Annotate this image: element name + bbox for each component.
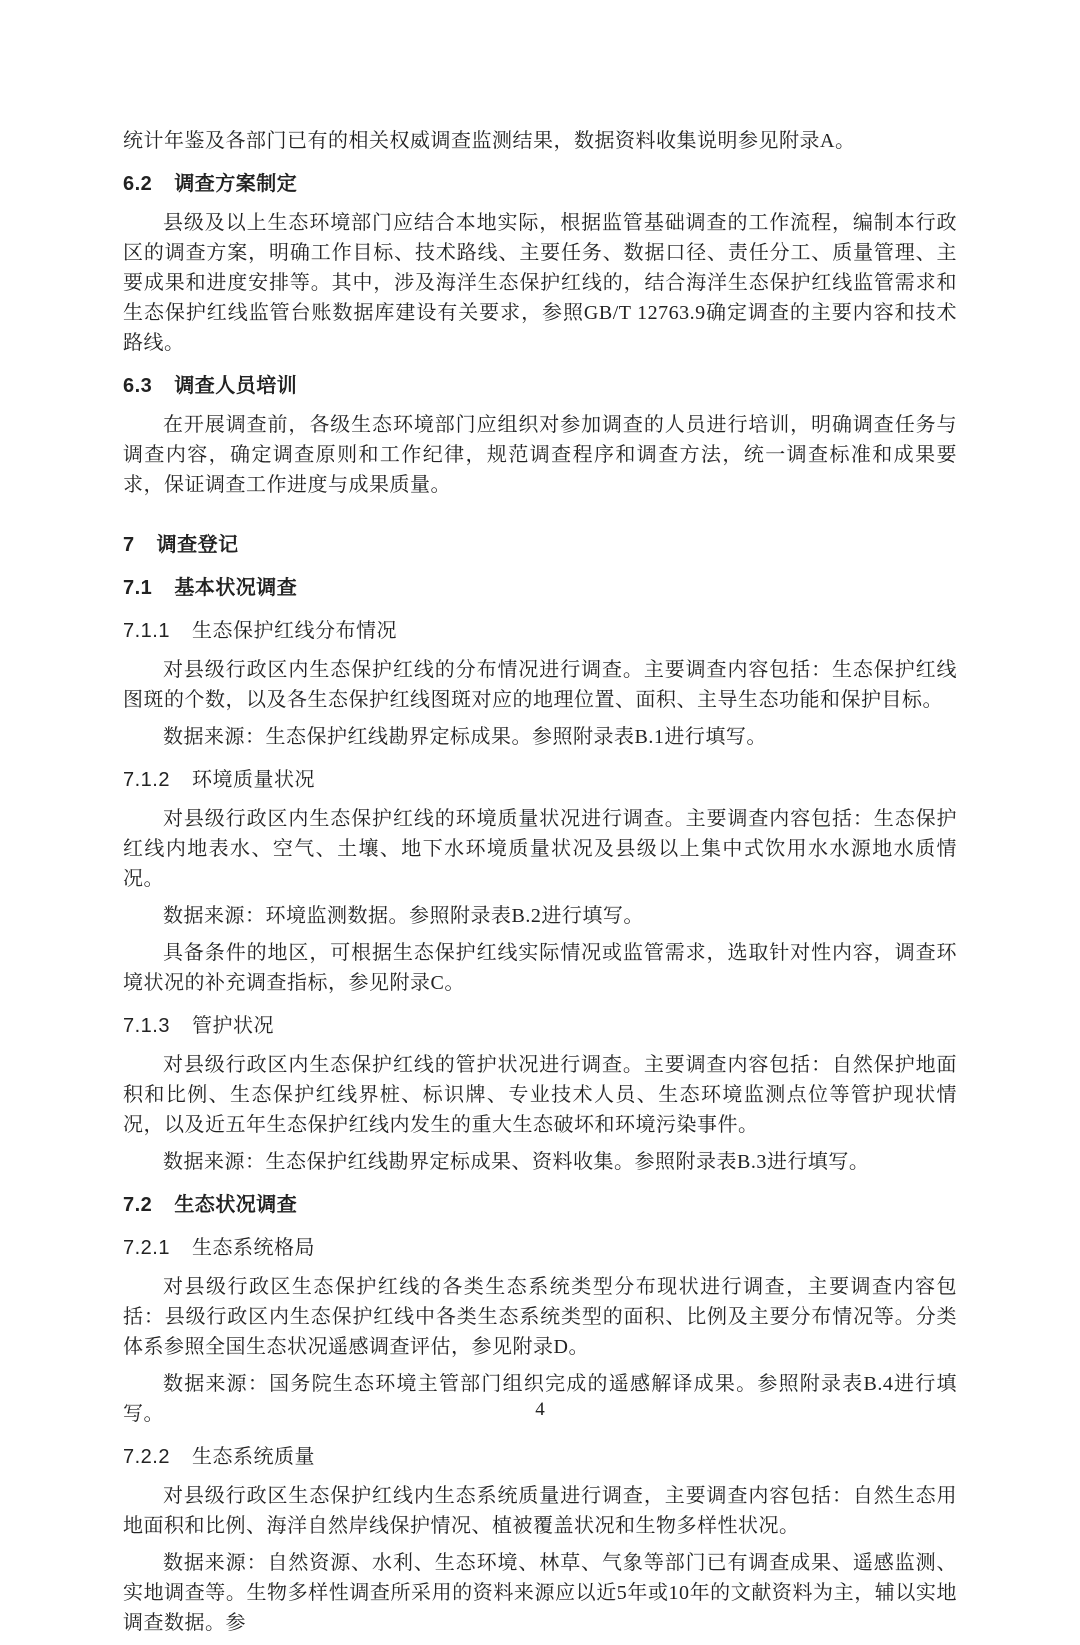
subsection-heading-7-1-1: 7.1.1生态保护红线分布情况 [123,616,957,646]
paragraph: 对县级行政区生态保护红线内生态系统质量进行调查，主要调查内容包括：自然生态用地面… [123,1481,957,1541]
data-source-paragraph: 数据来源：自然资源、水利、生态环境、林草、气象等部门已有调查成果、遥感监测、实地… [123,1548,957,1638]
chapter-number: 7 [123,534,135,556]
paragraph: 对县级行政区生态保护红线的各类生态系统类型分布现状进行调查，主要调查内容包括：县… [123,1272,957,1362]
subsection-title: 生态保护红线分布情况 [192,620,397,642]
section-heading-7-2: 7.2生态状况调查 [123,1190,957,1220]
section-number: 6.3 [123,375,152,397]
subsection-title: 管护状况 [192,1015,274,1037]
chapter-heading-7: 7调查登记 [123,530,957,560]
paragraph: 在开展调查前，各级生态环境部门应组织对参加调查的人员进行培训，明确调查任务与调查… [123,410,957,500]
section-number: 7.2 [123,1194,152,1216]
subsection-heading-7-2-2: 7.2.2生态系统质量 [123,1442,957,1472]
section-heading-6-2: 6.2调查方案制定 [123,169,957,199]
section-title: 基本状况调查 [174,577,297,599]
subsection-title: 环境质量状况 [192,769,315,791]
data-source-paragraph: 数据来源：生态保护红线勘界定标成果。参照附录表B.1进行填写。 [123,722,957,752]
section-title: 生态状况调查 [174,1194,297,1216]
paragraph: 对县级行政区内生态保护红线的管护状况进行调查。主要调查内容包括：自然保护地面积和… [123,1050,957,1140]
subsection-number: 7.2.2 [123,1446,170,1468]
subsection-title: 生态系统质量 [192,1446,315,1468]
subsection-heading-7-2-1: 7.2.1生态系统格局 [123,1233,957,1263]
paragraph: 县级及以上生态环境部门应结合本地实际，根据监管基础调查的工作流程，编制本行政区的… [123,208,957,358]
subsection-title: 生态系统格局 [192,1237,315,1259]
section-number: 6.2 [123,173,152,195]
continuation-paragraph: 统计年鉴及各部门已有的相关权威调查监测结果，数据资料收集说明参见附录A。 [123,126,957,156]
subsection-number: 7.1.2 [123,769,170,791]
section-heading-7-1: 7.1基本状况调查 [123,573,957,603]
subsection-heading-7-1-3: 7.1.3管护状况 [123,1011,957,1041]
subsection-heading-7-1-2: 7.1.2环境质量状况 [123,765,957,795]
chapter-title: 调查登记 [157,534,239,556]
subsection-number: 7.1.3 [123,1015,170,1037]
data-source-paragraph: 数据来源：环境监测数据。参照附录表B.2进行填写。 [123,901,957,931]
section-number: 7.1 [123,577,152,599]
page-number: 4 [0,1398,1080,1422]
section-title: 调查方案制定 [174,173,297,195]
paragraph: 具备条件的地区，可根据生态保护红线实际情况或监管需求，选取针对性内容，调查环境状… [123,938,957,998]
subsection-number: 7.1.1 [123,620,170,642]
subsection-number: 7.2.1 [123,1237,170,1259]
data-source-paragraph: 数据来源：生态保护红线勘界定标成果、资料收集。参照附录表B.3进行填写。 [123,1147,957,1177]
paragraph: 对县级行政区内生态保护红线的分布情况进行调查。主要调查内容包括：生态保护红线图斑… [123,655,957,715]
section-heading-6-3: 6.3调查人员培训 [123,371,957,401]
paragraph: 对县级行政区内生态保护红线的环境质量状况进行调查。主要调查内容包括：生态保护红线… [123,804,957,894]
section-title: 调查人员培训 [174,375,297,397]
